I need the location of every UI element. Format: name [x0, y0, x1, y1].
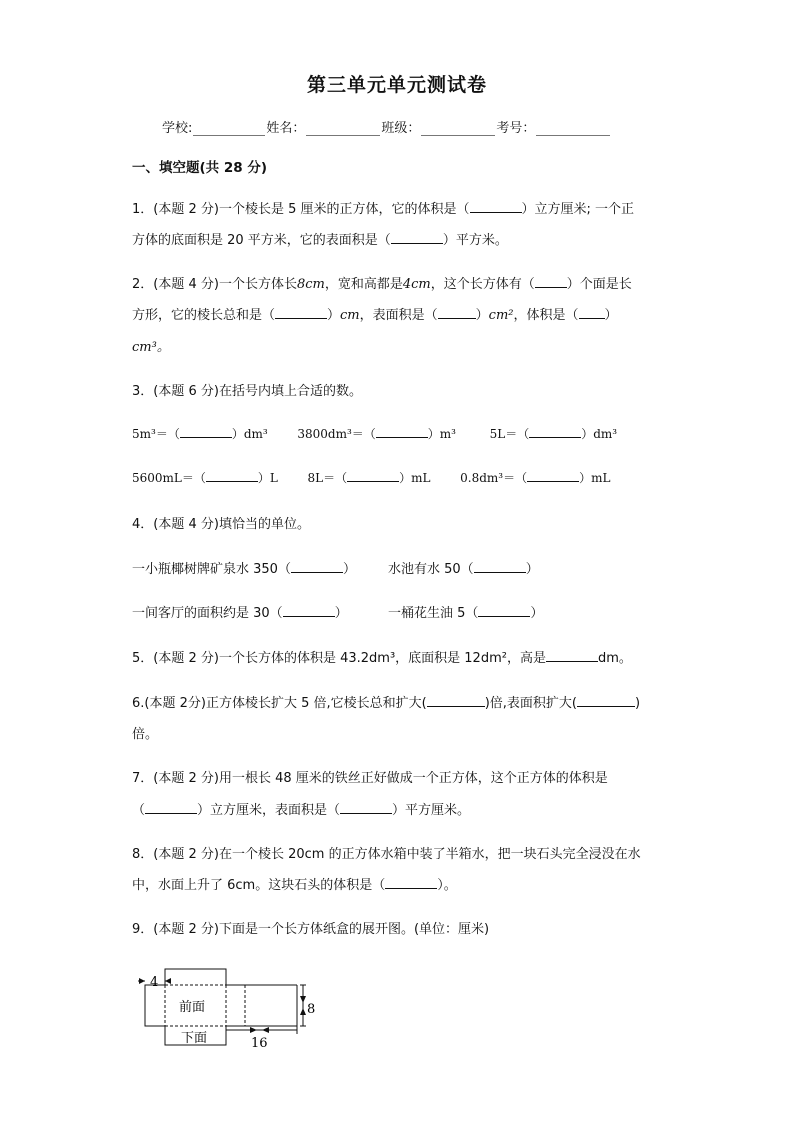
- dim-label-16: 16: [251, 1036, 268, 1051]
- dim-label-4: 4: [150, 975, 158, 990]
- dim-label-8: 8: [307, 1002, 315, 1017]
- arrow-icons: [139, 978, 306, 1033]
- box-net-diagram: 4 8 16 前面 下面: [0, 0, 794, 1123]
- face-label-front: 前面: [179, 1000, 205, 1015]
- face-label-bottom: 下面: [181, 1031, 207, 1046]
